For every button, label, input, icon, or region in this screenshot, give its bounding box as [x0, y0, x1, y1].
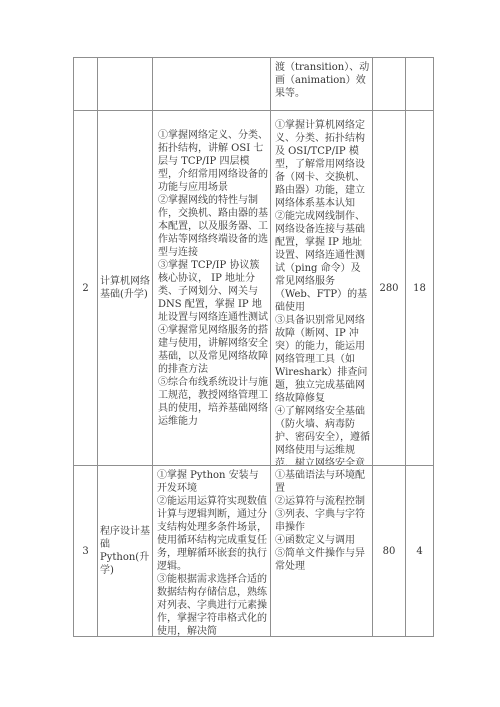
- hours-cell: 280: [373, 111, 406, 466]
- content-cell: ①掌握网络定义、分类、拓扑结构，讲解 OSI 七层与 TCP/IP 四层模型，介…: [153, 111, 271, 466]
- requirements-cell: ①掌握计算机网络定义、分类、拓扑结构及 OSI/TCP/IP 模型，了解常用网络…: [271, 111, 373, 466]
- requirements-cell: 渡（transition）、动画（animation）效果等。: [271, 58, 373, 111]
- no-cell: 2: [74, 111, 98, 466]
- weeks-cell: [406, 58, 434, 111]
- content-cell: ①掌握 Python 安装与开发环境 ②能运用运算符实现数值计算与逻辑判断，通过…: [153, 466, 271, 637]
- course-name-cell: 程序设计基础 Python(升学): [98, 466, 153, 637]
- requirements-text: ①掌握计算机网络定义、分类、拓扑结构及 OSI/TCP/IP 模型，了解常用网络…: [271, 111, 372, 465]
- hours-cell: [373, 58, 406, 111]
- no-cell: [74, 58, 98, 111]
- content-text: [153, 58, 270, 110]
- weeks-cell: 18: [406, 111, 434, 466]
- content-text: ①掌握网络定义、分类、拓扑结构，讲解 OSI 七层与 TCP/IP 四层模型，介…: [153, 111, 270, 465]
- course-table: 渡（transition）、动画（animation）效果等。 2 计算机网络基…: [73, 57, 434, 637]
- content-cell: [153, 58, 271, 111]
- course-name-cell: [98, 58, 153, 111]
- no-cell: 3: [74, 466, 98, 637]
- hours-cell: 80: [373, 466, 406, 637]
- requirements-cell: ①基础语法与环境配置 ②运算符与流程控制 ③列表、字典与字符串操作 ④函数定义与…: [271, 466, 373, 637]
- document-page: 渡（transition）、动画（animation）效果等。 2 计算机网络基…: [0, 0, 500, 707]
- course-name-cell: 计算机网络基础(升学): [98, 111, 153, 466]
- content-text: ①掌握 Python 安装与开发环境 ②能运用运算符实现数值计算与逻辑判断，通过…: [153, 466, 270, 636]
- requirements-text: 渡（transition）、动画（animation）效果等。: [271, 58, 372, 110]
- table-row-continued: 渡（transition）、动画（animation）效果等。: [74, 58, 434, 111]
- table-row-network-course: 2 计算机网络基础(升学) ①掌握网络定义、分类、拓扑结构，讲解 OSI 七层与…: [74, 111, 434, 466]
- weeks-cell: 4: [406, 466, 434, 637]
- requirements-text: ①基础语法与环境配置 ②运算符与流程控制 ③列表、字典与字符串操作 ④函数定义与…: [271, 466, 372, 636]
- table-row-python-course: 3 程序设计基础 Python(升学) ①掌握 Python 安装与开发环境 ②…: [74, 466, 434, 637]
